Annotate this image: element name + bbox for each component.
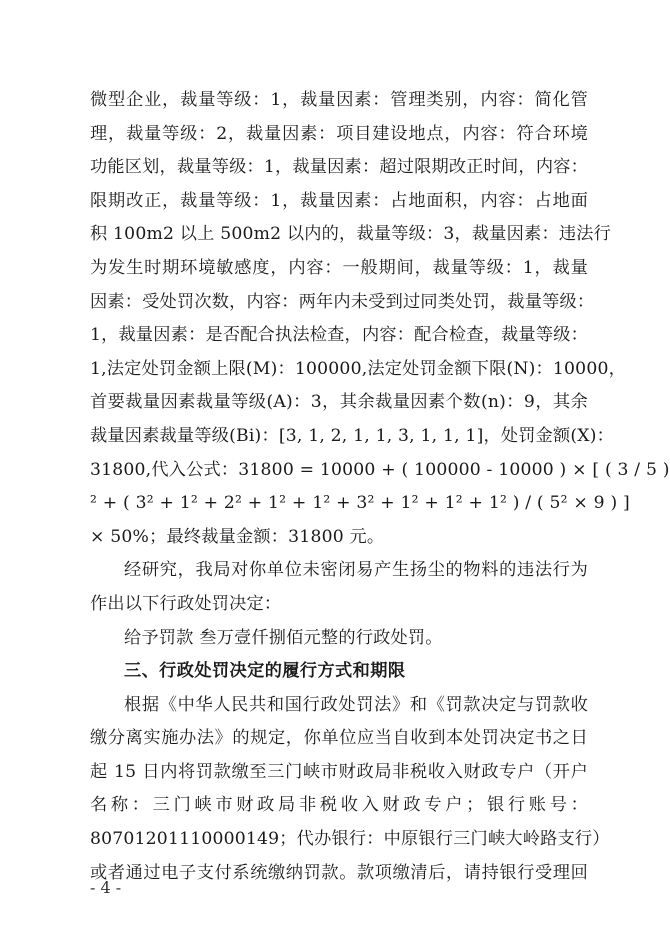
formula-line: ² + ( 3² + 1² + 2² + 1² + 1² + 3² + 1² +…: [90, 487, 588, 521]
text-line: 功能区划，裁量等级：1，裁量因素：超过限期改正时间，内容：: [90, 151, 588, 185]
text-line: 1,法定处罚金额上限(M)：100000,法定处罚金额下限(N)：10000，: [90, 353, 588, 387]
text-line: 首要裁量因素裁量等级(A)：3，其余裁量因素个数(n)：9，其余: [90, 386, 588, 420]
text-line: 因素：受处罚次数，内容：两年内未受到过同类处罚，裁量等级：: [90, 286, 588, 320]
document-body: 微型企业，裁量等级：1，裁量因素：管理类别，内容：简化管 理，裁量等级：2，裁量…: [90, 84, 588, 890]
decision-intro-line: 作出以下行政处罚决定：: [90, 588, 588, 622]
payment-line: 80701201110000149；代办银行：中原银行三门峡大岭路支行）: [90, 823, 588, 857]
payment-line: 名称：三门峡市财政局非税收入财政专户；银行账号：: [90, 789, 588, 823]
text-line: 微型企业，裁量等级：1，裁量因素：管理类别，内容：简化管: [90, 84, 588, 118]
payment-line: 起 15 日内将罚款缴至三门峡市财政局非税收入财政专户（开户: [90, 756, 588, 790]
decision-intro-line: 经研究，我局对你单位未密闭易产生扬尘的物料的违法行为: [90, 554, 588, 588]
final-amount-line: × 50%；最终裁量金额：31800 元。: [90, 521, 588, 555]
text-line: 1，裁量因素：是否配合执法检查，内容：配合检查，裁量等级：: [90, 319, 588, 353]
text-line: 理，裁量等级：2，裁量因素：项目建设地点，内容：符合环境: [90, 118, 588, 152]
page-number: - 4 -: [90, 878, 121, 898]
formula-line: 31800,代入公式：31800 = 10000 + ( 100000 - 10…: [90, 454, 588, 488]
text-line: 积 100m2 以上 500m2 以内的，裁量等级：3，裁量因素：违法行: [90, 218, 588, 252]
document-page: 微型企业，裁量等级：1，裁量因素：管理类别，内容：简化管 理，裁量等级：2，裁量…: [0, 0, 670, 948]
payment-line: 缴分离实施办法》的规定，你单位应当自收到本处罚决定书之日: [90, 722, 588, 756]
penalty-statement: 给予罚款 叁万壹仟捌佰元整的行政处罚。: [90, 622, 588, 656]
payment-line: 根据《中华人民共和国行政处罚法》和《罚款决定与罚款收: [90, 689, 588, 723]
text-line: 裁量因素裁量等级(Bi)：[3, 1, 2, 1, 1, 3, 1, 1, 1]…: [90, 420, 588, 454]
text-line: 限期改正，裁量等级：1，裁量因素：占地面积，内容：占地面: [90, 185, 588, 219]
section-heading: 三、行政处罚决定的履行方式和期限: [90, 655, 588, 689]
payment-line: 或者通过电子支付系统缴纳罚款。款项缴清后，请持银行受理回: [90, 857, 588, 891]
text-line: 为发生时期环境敏感度，内容：一般期间，裁量等级：1，裁量: [90, 252, 588, 286]
